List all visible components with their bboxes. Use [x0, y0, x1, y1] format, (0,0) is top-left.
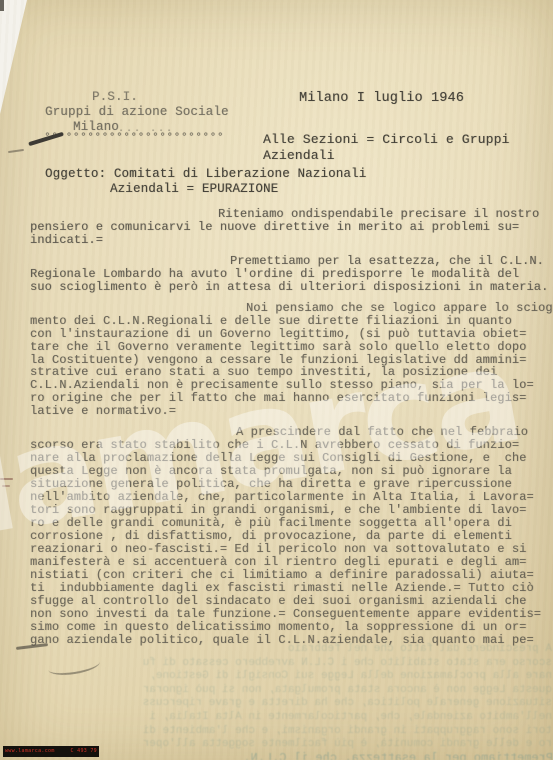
paragraph: A prescindere dal fatto che nel febbraio…: [30, 426, 536, 646]
paragraph: Riteniamo ondispendabile precisare il no…: [30, 208, 536, 247]
watermark-strip: www.lamarca.com C 493 79: [3, 746, 99, 757]
sender-org-name: Gruppi di azione Sociale: [45, 105, 229, 119]
paragraph: Noi pensiamo che se logico appare lo sci…: [30, 302, 536, 419]
scanned-document: P.S.I. Gruppi di azione Sociale Milano .…: [0, 0, 553, 760]
recipient-address: Alle Sezioni = Circoli e Gruppi Aziendal…: [263, 132, 510, 163]
sender-org-acronym: P.S.I.: [92, 90, 138, 104]
subject-line-1: Oggetto: Comitati di Liberazione Naziona…: [45, 167, 366, 181]
scan-edge-mark: [0, 0, 4, 11]
subject-line-2: Aziendali = EPURAZIONE: [110, 182, 278, 196]
letter-body: Riteniamo ondispendabile precisare il no…: [30, 208, 536, 655]
paragraph: Premettiamo per la esattezza, che il C.L…: [30, 255, 536, 294]
letterhead-separator: °°°°°°°°°°°°°°°°°°°°°°°°°: [44, 132, 224, 144]
dateline: Milano I luglio 1946: [299, 91, 464, 106]
watermark-strip-url: www.lamarca.com: [5, 749, 55, 754]
watermark-strip-code: C 493 79: [71, 749, 97, 754]
